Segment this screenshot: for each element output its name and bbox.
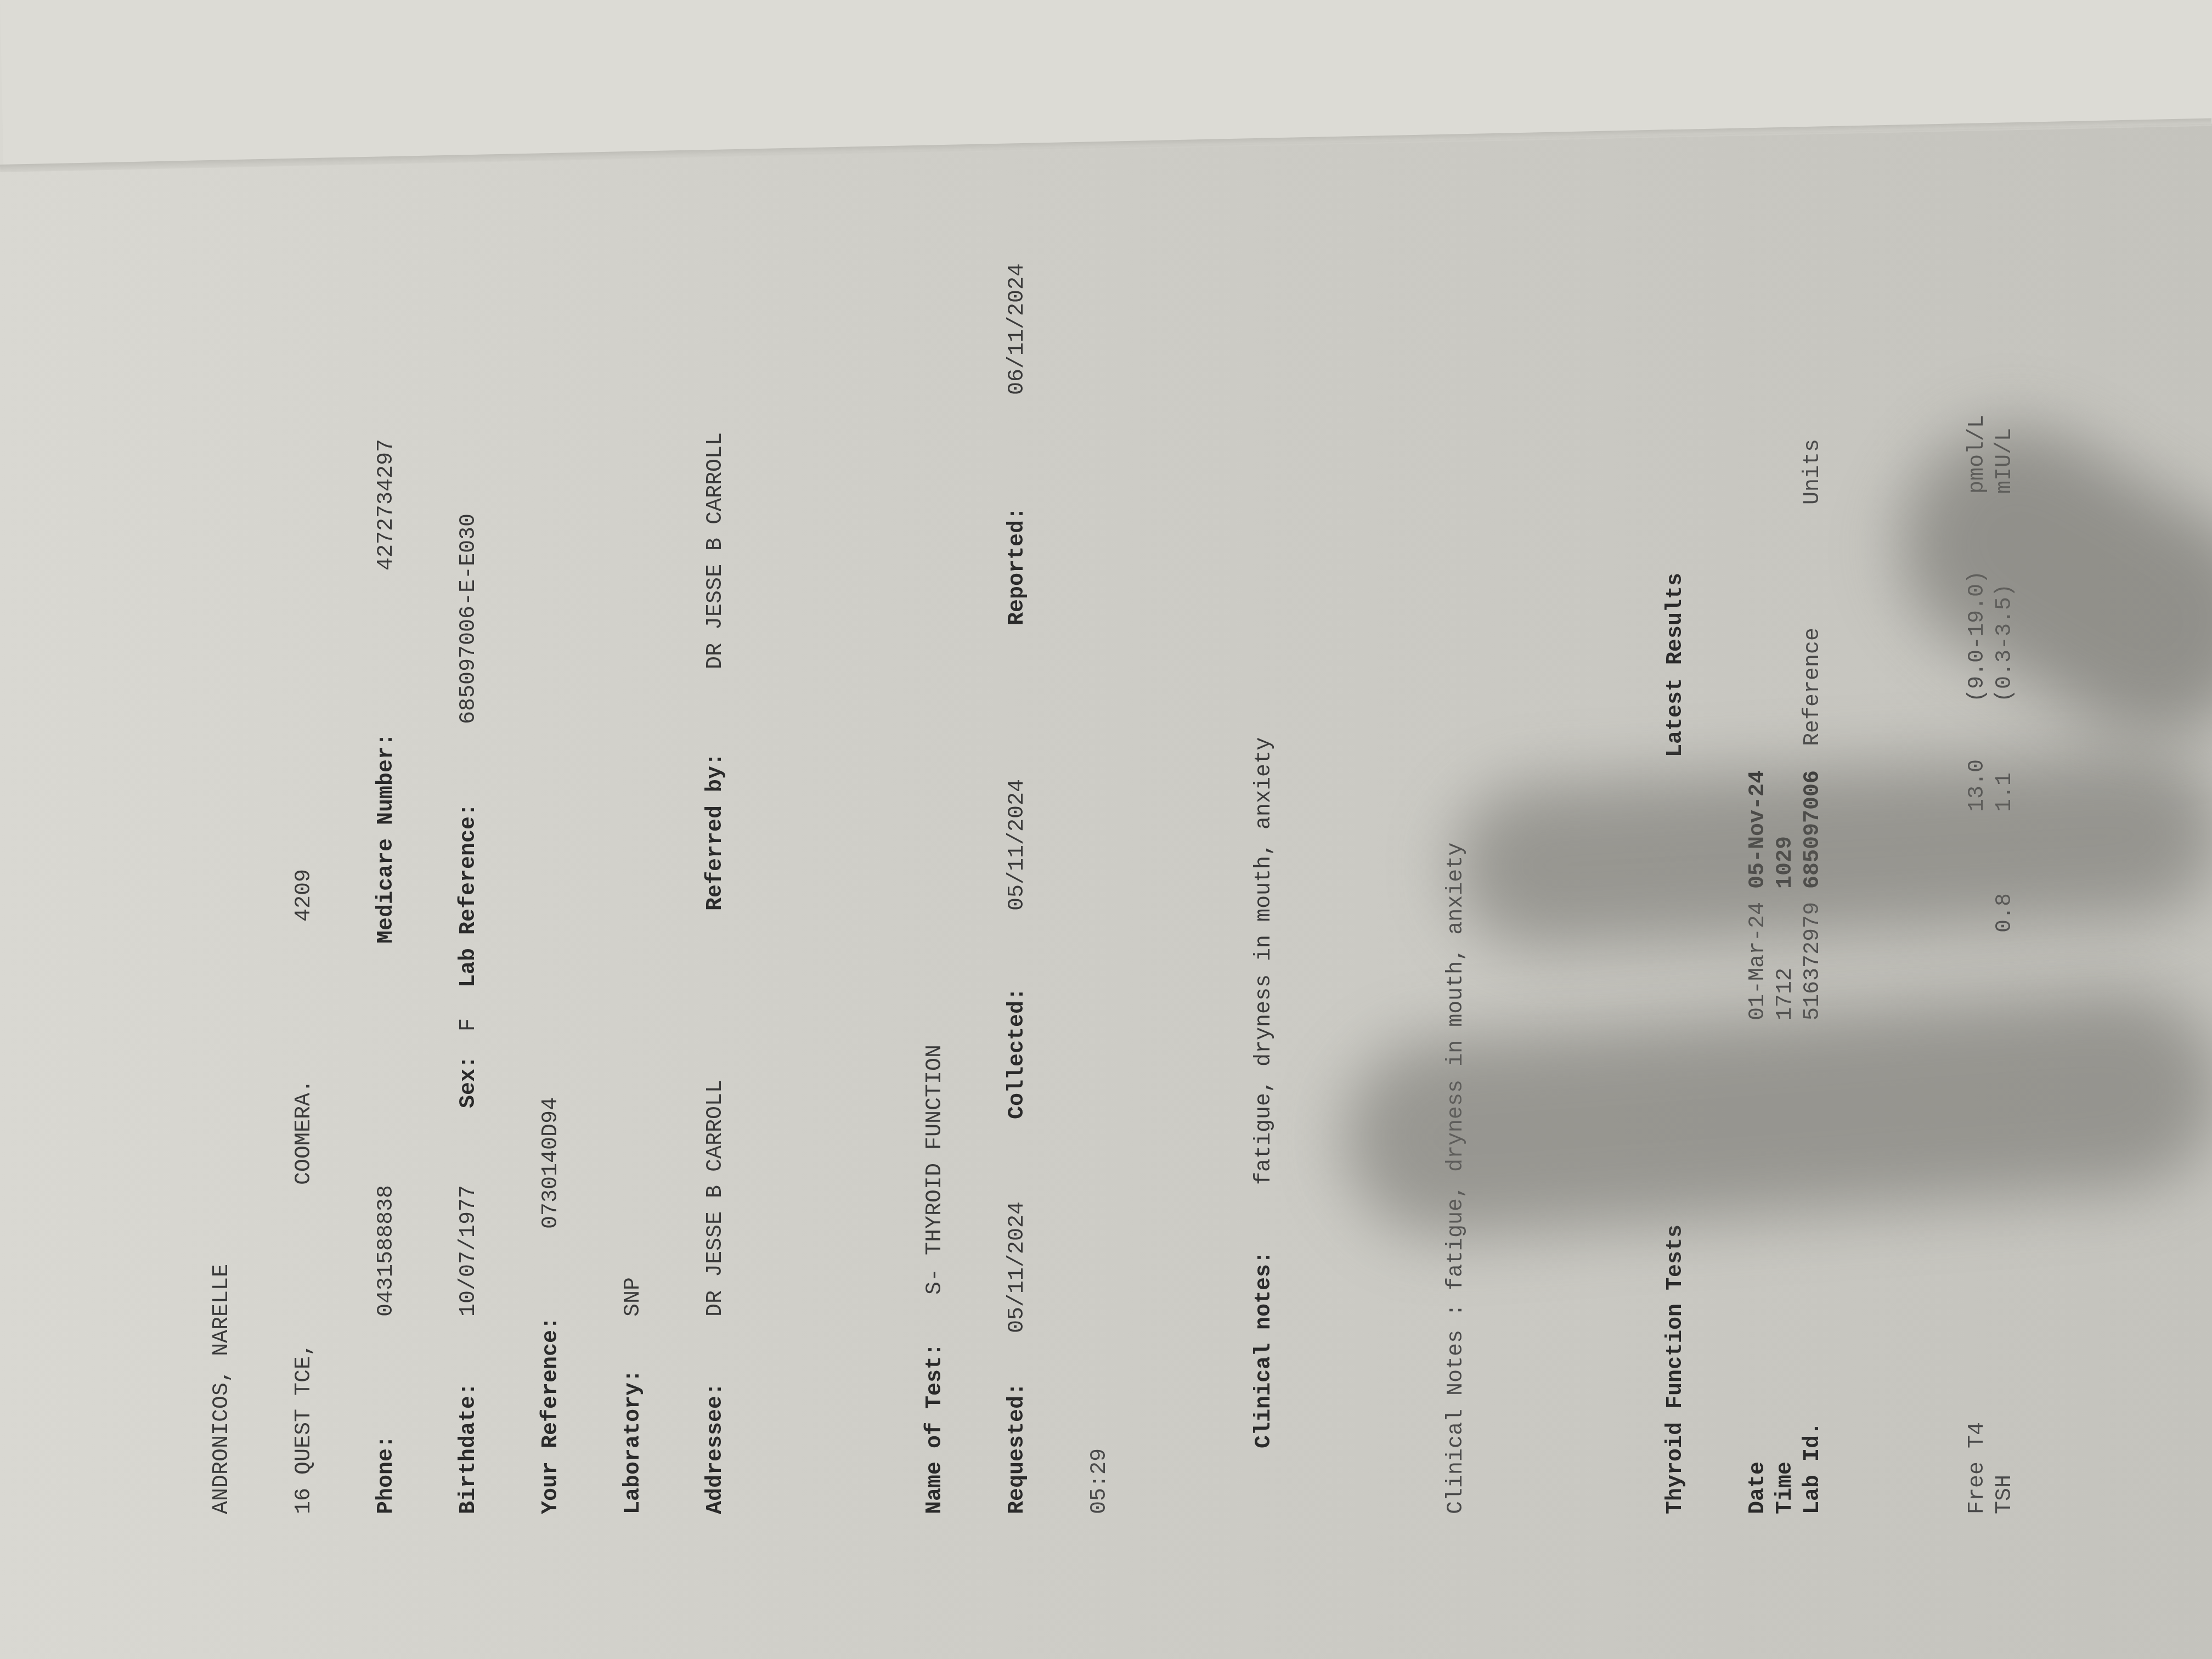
medicare-label: Medicare Number: <box>373 733 400 944</box>
test-name-row: Name of Test: S- THYROID FUNCTION <box>922 143 949 1514</box>
requested-time: 05:29 <box>1086 1448 1114 1514</box>
header-label: Date <box>1745 1462 1772 1514</box>
test-name: TSH <box>1991 1475 2019 1514</box>
units-header: Units <box>1799 439 1827 505</box>
sex-label: Sex: <box>455 1056 483 1108</box>
reference-header: Reference <box>1799 628 1827 746</box>
birthdate-row: Birthdate: 10/07/1977 Sex: F Lab Referen… <box>455 143 483 1514</box>
time-row: 05:29 <box>1086 143 1114 1514</box>
addressee-row: Addressee: DR JESSE B CARROLL Referred b… <box>702 143 730 1514</box>
results-title: Thyroid Function Tests <box>1662 1224 1690 1514</box>
collected-date: 05/11/2024 <box>1004 779 1031 911</box>
address-row: 16 QUEST TCE, COOMERA. 4209 <box>291 143 318 1514</box>
latest-results-label: Latest Results <box>1662 573 1690 757</box>
referred-by-label: Referred by: <box>702 753 730 911</box>
laboratory-label: Laboratory: <box>620 1369 647 1514</box>
clinical-notes: fatigue, dryness in mouth, anxiety <box>1251 737 1278 1185</box>
addressee: DR JESSE B CARROLL <box>702 1080 730 1317</box>
header-label: Time <box>1772 1462 1799 1514</box>
your-reference-row: Your Reference: 0730140D94 <box>538 143 565 1514</box>
collected-label: Collected: <box>1004 988 1031 1119</box>
patient-name: ANDRONICOS, NARELLE <box>208 1264 236 1514</box>
phone-label: Phone: <box>373 1435 400 1514</box>
phone-row: Phone: 0431588838 Medicare Number: 42727… <box>373 143 400 1514</box>
suburb: COOMERA. <box>291 1080 318 1185</box>
lab-reference: 685097006-E-E030 <box>455 513 483 724</box>
your-reference: 0730140D94 <box>538 1097 565 1229</box>
patient-name-row: ANDRONICOS, NARELLE <box>208 143 236 1514</box>
address-line: 16 QUEST TCE, <box>291 1343 318 1514</box>
your-reference-label: Your Reference: <box>538 1317 565 1514</box>
addressee-label: Addressee: <box>702 1383 730 1514</box>
reported-date: 06/11/2024 <box>1004 263 1031 395</box>
pathology-report: ANDRONICOS, NARELLE 16 QUEST TCE, COOMER… <box>126 143 1278 1514</box>
clinical-notes-label: Clinical notes: <box>1251 1251 1278 1448</box>
requested-label: Requested: <box>1004 1383 1031 1514</box>
laboratory-row: Laboratory: SNP <box>620 143 647 1514</box>
test-name: Free T4 <box>1964 1422 1991 1514</box>
referred-by: DR JESSE B CARROLL <box>702 432 730 669</box>
dates-row: Requested: 05/11/2024 Collected: 05/11/2… <box>1004 143 1031 1514</box>
sex: F <box>455 1018 483 1031</box>
previous-value: 1712 <box>1772 968 1799 1020</box>
requested-date: 05/11/2024 <box>1004 1201 1031 1333</box>
reported-label: Reported: <box>1004 507 1031 625</box>
laboratory: SNP <box>620 1277 647 1317</box>
medicare-number: 4272734297 <box>373 439 400 571</box>
lab-reference-label: Lab Reference: <box>455 803 483 988</box>
phone: 0431588838 <box>373 1185 400 1317</box>
birthdate-label: Birthdate: <box>455 1383 483 1514</box>
test-name-label: Name of Test: <box>922 1343 949 1514</box>
header-label: Lab Id. <box>1799 1422 1827 1514</box>
test-name: S- THYROID FUNCTION <box>922 1045 949 1295</box>
clinical-notes-row: Clinical notes: fatigue, dryness in mout… <box>1251 143 1278 1514</box>
birthdate: 10/07/1977 <box>455 1185 483 1317</box>
postcode: 4209 <box>291 869 318 922</box>
